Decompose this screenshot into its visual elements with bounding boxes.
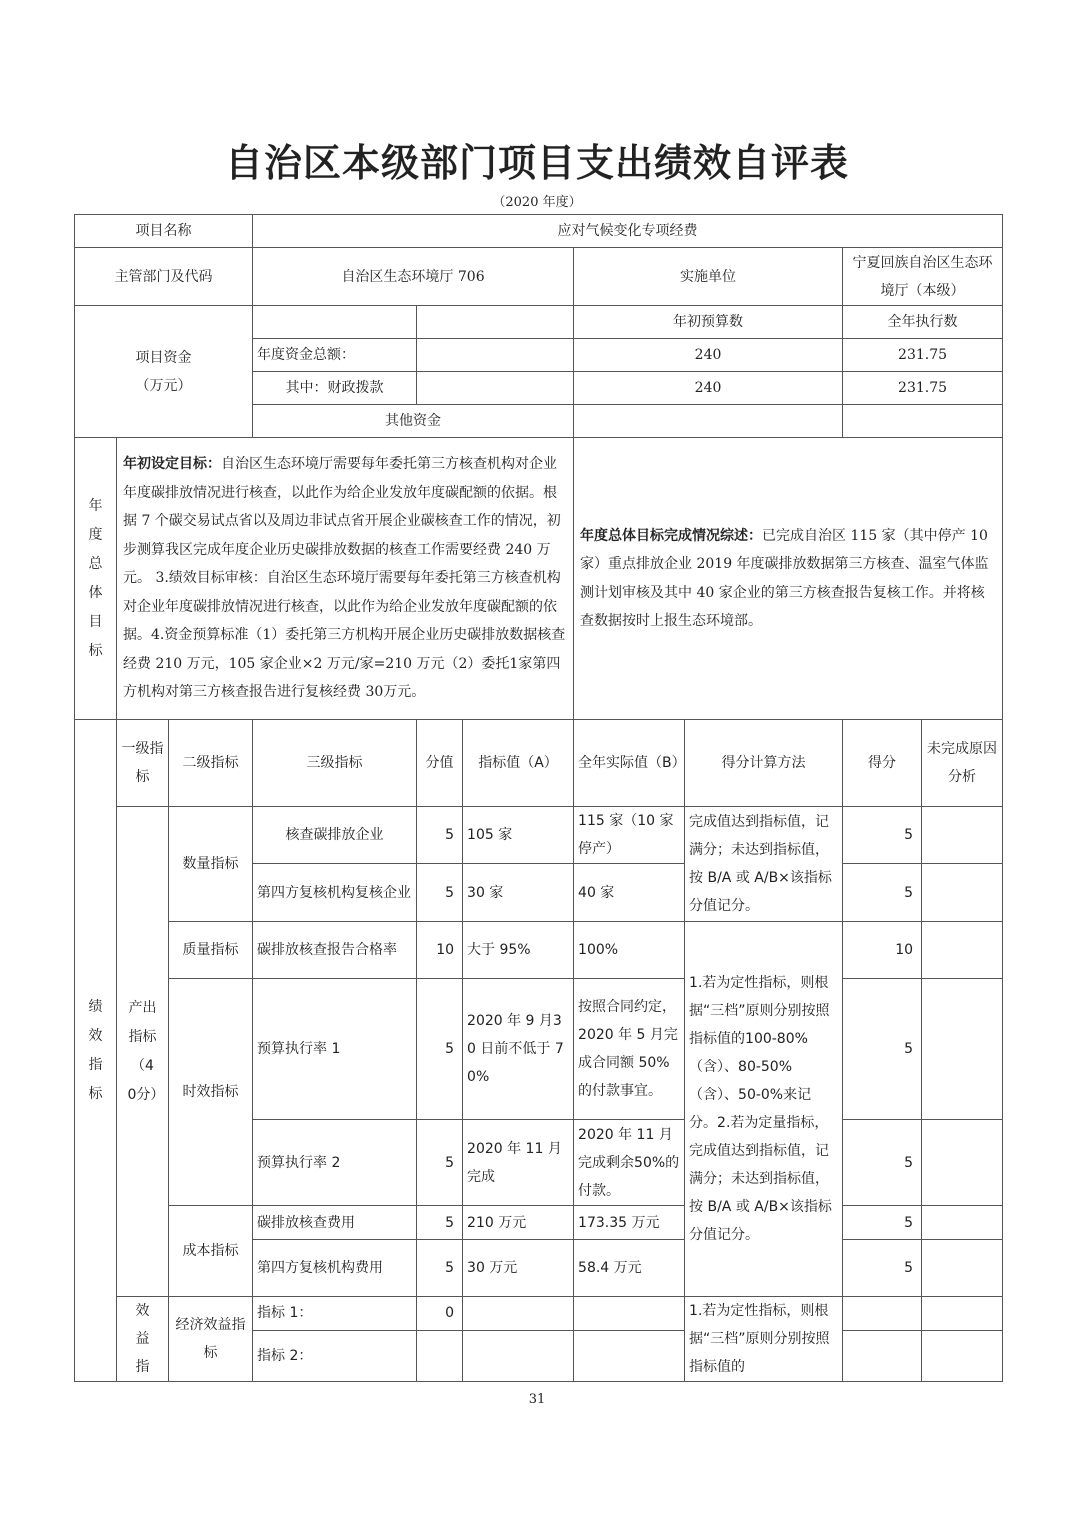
goals-set-text: 自治区生态环境厅需要每年委托第三方核查机构对企业年度碳排放情况进行核查，以此作为…: [123, 456, 565, 700]
indicator-actual: 115 家（10 家停产）: [574, 807, 685, 864]
goals-side-label: 年度总体目标: [75, 438, 117, 720]
indicator-target: 30 万元: [463, 1240, 574, 1297]
method-benefit: 1.若为定性指标，则根据“三档”原则分别按照指标值的: [685, 1297, 843, 1382]
funds-blank: [417, 306, 574, 339]
indicator-score: 5: [843, 864, 922, 922]
header-l2: 二级指标: [169, 720, 253, 807]
funds-label: 项目资金（万元）: [75, 306, 253, 438]
funds-blank: [253, 306, 417, 339]
header-score: 得分: [843, 720, 922, 807]
indicator-actual: 173.35 万元: [574, 1206, 685, 1240]
indicator-target: [463, 1297, 574, 1331]
indicator-weight: 5: [417, 807, 463, 864]
page-number: 31: [0, 1392, 1074, 1407]
funds-row-exec: 231.75: [843, 339, 1003, 372]
dept-label: 主管部门及代码: [75, 248, 253, 306]
header-reason: 未完成原因分析: [922, 720, 1003, 807]
indicator-name: 核查碳排放企业: [253, 807, 417, 864]
indicator-score: 5: [843, 807, 922, 864]
goals-set: 年初设定目标：自治区生态环境厅需要每年委托第三方核查机构对企业年度碳排放情况进行…: [117, 438, 574, 720]
goals-set-title: 年初设定目标：: [123, 456, 221, 472]
funds-row-label: 年度资金总额：: [253, 339, 417, 372]
funds-col-budget: 年初预算数: [574, 306, 843, 339]
header-method: 得分计算方法: [685, 720, 843, 807]
indicator-weight: 5: [417, 1206, 463, 1240]
indicator-weight: 5: [417, 1120, 463, 1206]
indicator-actual: 按照合同约定，2020 年 5 月完成合同额 50%的付款事宜。: [574, 979, 685, 1120]
indicator-score: [843, 1330, 922, 1381]
indicator-score: [843, 1297, 922, 1331]
method-quantity: 完成值达到指标值，记满分；未达到指标值，按 B/A 或 A/B×该指标分值记分。: [685, 807, 843, 922]
indicator-score: 5: [843, 979, 922, 1120]
funds-row-exec: [843, 405, 1003, 438]
page-title: 自治区本级部门项目支出绩效自评表: [0, 132, 1074, 187]
indicator-target: [463, 1330, 574, 1381]
indicator-name: 第四方复核机构复核企业: [253, 864, 417, 922]
group-timeliness: 时效指标: [169, 979, 253, 1206]
indicator-target: 30 家: [463, 864, 574, 922]
header-l3: 三级指标: [253, 720, 417, 807]
group-quantity: 数量指标: [169, 807, 253, 922]
indicator-weight: 5: [417, 979, 463, 1120]
indicator-target: 2020 年 11 月完成: [463, 1120, 574, 1206]
indicator-target: 105 家: [463, 807, 574, 864]
indicator-actual: 58.4 万元: [574, 1240, 685, 1297]
benefit-label: 效益指: [117, 1297, 169, 1382]
indicator-actual: 40 家: [574, 864, 685, 922]
funds-row-label: 其中：财政拨款: [253, 372, 417, 405]
indicator-name: 指标 2：: [253, 1330, 417, 1381]
project-name-label: 项目名称: [75, 215, 253, 248]
indicator-actual: [574, 1330, 685, 1381]
funds-col-exec: 全年执行数: [843, 306, 1003, 339]
indicator-weight: 5: [417, 1240, 463, 1297]
header-target: 指标值（A）: [463, 720, 574, 807]
header-weight: 分值: [417, 720, 463, 807]
indicator-name: 预算执行率 2: [253, 1120, 417, 1206]
indicator-actual: [574, 1297, 685, 1331]
indicator-target: 大于 95%: [463, 922, 574, 979]
perf-side-label: 绩效指标: [75, 720, 117, 1382]
group-economic: 经济效益指标: [169, 1297, 253, 1382]
dept-value: 自治区生态环境厅 706: [253, 248, 574, 306]
output-label: 产出指标（40分）: [117, 807, 169, 1297]
group-quality: 质量指标: [169, 922, 253, 979]
indicator-target: 210 万元: [463, 1206, 574, 1240]
indicator-score: 5: [843, 1206, 922, 1240]
indicator-actual: 2020 年 11 月完成剩余50%的付款。: [574, 1120, 685, 1206]
indicator-weight: [417, 1330, 463, 1381]
report-year: （2020 年度）: [0, 191, 1074, 210]
impl-unit-value: 宁夏回族自治区生态环境厅（本级）: [843, 248, 1003, 306]
indicator-name: 第四方复核机构费用: [253, 1240, 417, 1297]
goals-done-title: 年度总体目标完成情况综述：: [580, 528, 762, 544]
indicator-name: 碳排放核查费用: [253, 1206, 417, 1240]
funds-row-exec: 231.75: [843, 372, 1003, 405]
method-general: 1.若为定性指标，则根据“三档”原则分别按照指标值的100-80%（含）、80-…: [685, 922, 843, 1297]
indicator-score: 5: [843, 1120, 922, 1206]
indicator-target: 2020 年 9 月30 日前不低于 70%: [463, 979, 574, 1120]
header-actual: 全年实际值（B）: [574, 720, 685, 807]
indicator-actual: 100%: [574, 922, 685, 979]
indicator-score: 10: [843, 922, 922, 979]
evaluation-table: 项目名称 应对气候变化专项经费 主管部门及代码 自治区生态环境厅 706 实施单…: [74, 214, 1003, 1382]
group-cost: 成本指标: [169, 1206, 253, 1297]
indicator-weight: 10: [417, 922, 463, 979]
header-l1: 一级指标: [117, 720, 169, 807]
project-name-value: 应对气候变化专项经费: [253, 215, 1003, 248]
impl-unit-label: 实施单位: [574, 248, 843, 306]
indicator-score: 5: [843, 1240, 922, 1297]
funds-row-budget: 240: [574, 372, 843, 405]
indicator-name: 指标 1：: [253, 1297, 417, 1331]
goals-done: 年度总体目标完成情况综述：已完成自治区 115 家（其中停产 10 家）重点排放…: [574, 438, 1003, 720]
indicator-name: 碳排放核查报告合格率: [253, 922, 417, 979]
funds-row-budget: 240: [574, 339, 843, 372]
funds-row-label: 其他资金: [253, 405, 574, 438]
indicator-name: 预算执行率 1: [253, 979, 417, 1120]
indicator-weight: 5: [417, 864, 463, 922]
indicator-weight: 0: [417, 1297, 463, 1331]
funds-row-budget: [574, 405, 843, 438]
